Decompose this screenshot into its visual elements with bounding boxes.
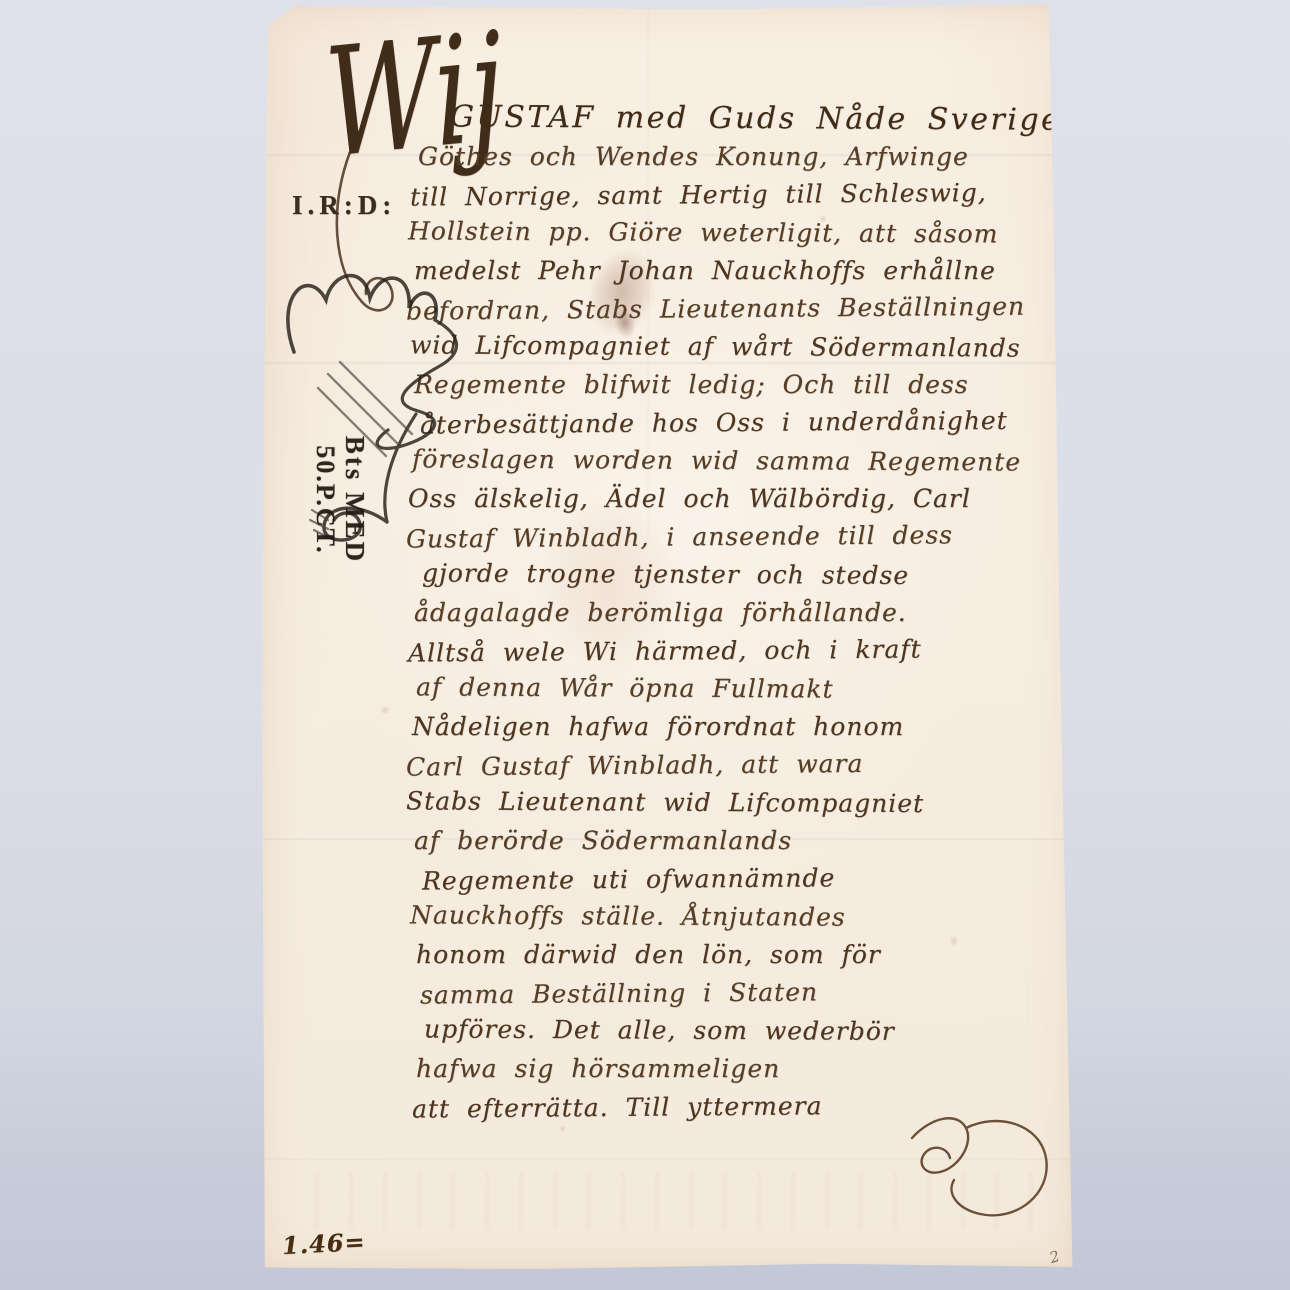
- revenue-stamp: Bts MED 50.P.CT.: [310, 388, 370, 612]
- manuscript-line: Carl Gustaf Winbladh, att wara: [406, 743, 1052, 786]
- revenue-stamp-line2: 50.P.CT.: [310, 388, 340, 612]
- signature-flourish: [906, 1110, 1066, 1250]
- manuscript-line: föreslagen worden wid samma Regemente: [412, 440, 1052, 481]
- revenue-stamp-line1: Bts MED: [340, 388, 370, 612]
- manuscript-line: GUSTAF med Guds Nåde Sveriges: [450, 98, 1052, 139]
- manuscript-line: wid Lifcompagniet af wårt Södermanlands: [410, 326, 1052, 367]
- manuscript-line: medelst Pehr Johan Nauckhoffs erhållne: [414, 252, 1052, 290]
- manuscript-line: återbesättjande hos Oss i underdånighet: [420, 402, 1052, 445]
- manuscript-line: Gustaf Winbladh, i anseende till dess: [406, 515, 1052, 558]
- verso-bleed-through: [300, 1172, 1060, 1230]
- manuscript-line: af denna Wår öpna Fullmakt: [416, 668, 1052, 709]
- manuscript-line: Oss älskelig, Ädel och Wälbördig, Carl: [408, 480, 1052, 518]
- manuscript-line: honom därwid den lön, som för: [416, 936, 1052, 974]
- manuscript-line: Regemente uti ofwannämnde: [422, 858, 1052, 901]
- manuscript-line: Regemente blifwit ledig; Och till dess: [414, 366, 1052, 404]
- corner-mark: 2: [1048, 1249, 1062, 1266]
- foxing-spot: [378, 704, 392, 716]
- manuscript-line: Göthes och Wendes Konung, Arfwinge: [418, 138, 1052, 176]
- manuscript-line: Stabs Lieutenant wid Lifcompagniet: [406, 782, 1052, 823]
- photo-background: Wij GUSTAF med Guds Nåde SverigesGöthes …: [0, 0, 1290, 1290]
- manuscript-line: af berörde Södermanlands: [414, 822, 1052, 860]
- manuscript-line: att efterrätta. Till yttermera: [412, 1085, 1052, 1128]
- manuscript-line: Alltså wele Wi härmed, och i kraft: [408, 629, 1052, 672]
- manuscript-line: Nådeligen hafwa förordnat honom: [412, 708, 1052, 746]
- manuscript-paper: Wij GUSTAF med Guds Nåde SverigesGöthes …: [258, 4, 1074, 1270]
- manuscript-line: gjorde trogne tjenster och stedse: [422, 554, 1052, 595]
- manuscript-line: till Norrige, samt Hertig till Schleswig…: [410, 173, 1052, 216]
- manuscript-line: samma Beställning i Staten: [420, 972, 1052, 1015]
- manuscript-line: Nauckhoffs ställe. Åtnjutandes: [410, 896, 1052, 937]
- fold-crease: [258, 1156, 1074, 1160]
- manuscript-line: ådagalagde berömliga förhållande.: [414, 594, 1052, 632]
- docket-number: 1.46=: [281, 1230, 366, 1258]
- margin-annotation-ird: I.R:D:: [292, 192, 396, 219]
- manuscript-line: upföres. Det alle, som wederbör: [424, 1010, 1052, 1051]
- manuscript-line: Hollstein pp. Giöre weterligit, att såso…: [408, 212, 1052, 253]
- manuscript-line: hafwa sig hörsammeligen: [416, 1050, 1052, 1088]
- manuscript-line: befordran, Stabs Lieutenants Beställning…: [406, 287, 1052, 330]
- manuscript-text: GUSTAF med Guds Nåde SverigesGöthes och …: [404, 100, 1052, 1126]
